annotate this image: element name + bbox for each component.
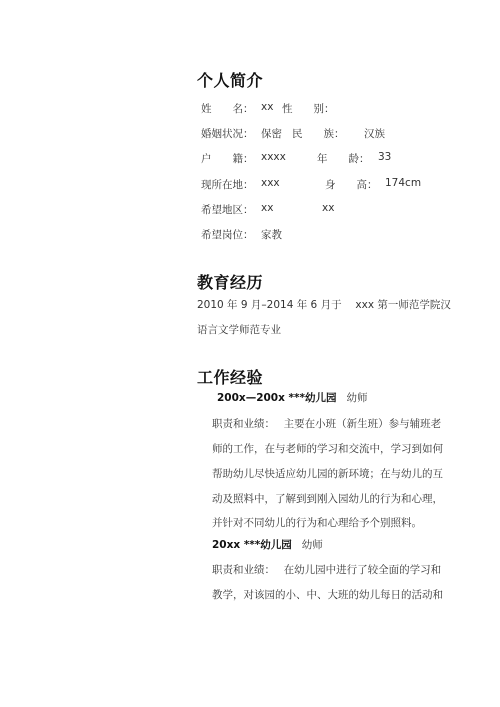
field-label: 身 高： xyxy=(325,177,378,192)
field-value: 家教 xyxy=(261,227,282,242)
field-label: 户 籍： xyxy=(201,151,254,166)
job-heading: 20xx ***幼儿园幼师 xyxy=(212,537,323,552)
field-value: 保密 xyxy=(261,126,282,141)
job-period-org: 200x—200x ***幼儿园 xyxy=(217,392,337,404)
job-desc-line: 教学，对该园的小、中、大班的幼儿每日的活动和 xyxy=(212,587,443,602)
job-heading: 200x—200x ***幼儿园幼师 xyxy=(217,390,368,405)
field-label: 姓 名： xyxy=(201,101,254,116)
field-value: 174cm xyxy=(385,177,421,189)
job-role: 幼师 xyxy=(302,539,323,551)
job-role: 幼师 xyxy=(347,392,368,404)
field-label: 现所在地： xyxy=(201,177,254,192)
section-title-work: 工作经验 xyxy=(197,365,263,388)
field-value: 33 xyxy=(378,151,391,163)
job-period-org: 20xx ***幼儿园 xyxy=(212,539,292,551)
section-title-education: 教育经历 xyxy=(197,270,263,293)
field-value: xxxx xyxy=(261,151,286,163)
job-desc-line: 并针对不同幼儿的行为和心理给予个别照料。 xyxy=(212,515,422,530)
job-desc-line: 职责和业绩： 主要在小班（新生班）参与辅班老 xyxy=(212,416,441,431)
job-desc-line: 职责和业绩： 在幼儿园中进行了较全面的学习和 xyxy=(212,562,441,577)
field-value: 汉族 xyxy=(364,126,385,141)
education-line: 2010 年 9 月–2014 年 6 月于 xxx 第一师范学院汉 xyxy=(197,297,451,312)
field-value: xx xyxy=(261,101,273,113)
section-title-personal: 个人简介 xyxy=(197,68,263,91)
field-label: 希望地区： xyxy=(201,202,254,217)
field-value: xx xyxy=(322,202,334,214)
education-line: 语言文学师范专业 xyxy=(197,322,281,337)
resume-page: 个人简介 姓 名： xx 性 别： 婚姻状况： 保密 民 族： 汉族 户 籍： … xyxy=(0,0,500,707)
field-label: 民 族： xyxy=(292,126,345,141)
field-value: xxx xyxy=(261,177,280,189)
job-desc-line: 动及照料中，了解到到刚入园幼儿的行为和心理， xyxy=(212,491,443,506)
field-value: xx xyxy=(261,202,273,214)
job-desc-line: 帮助幼儿尽快适应幼儿园的新环境；在与幼儿的互 xyxy=(212,466,443,481)
field-label: 性 别： xyxy=(282,101,335,116)
field-label: 希望岗位： xyxy=(201,227,254,242)
job-desc-line: 师的工作，在与老师的学习和交流中，学习到如何 xyxy=(212,441,443,456)
field-label: 婚姻状况： xyxy=(201,126,254,141)
field-label: 年 龄： xyxy=(317,151,370,166)
